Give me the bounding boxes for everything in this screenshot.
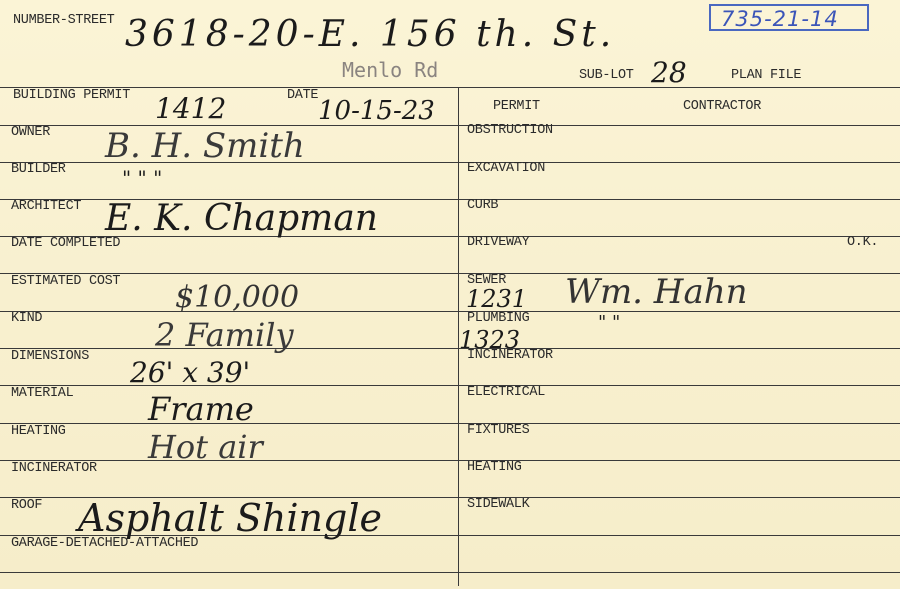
driveway-note: O.K. [847, 235, 878, 250]
kind-value: 2 Family [155, 316, 294, 354]
contractor-column-header: CONTRACTOR [683, 99, 761, 114]
roof-value: Asphalt Shingle [78, 496, 382, 540]
heating-label: HEATING [11, 424, 66, 439]
rule [0, 460, 900, 461]
excavation-label: EXCAVATION [467, 161, 545, 176]
number-street-value: 3618-20-E. 156 th. St. [125, 14, 615, 55]
architect-label: ARCHITECT [11, 199, 81, 214]
owner-value: B. H. Smith [105, 126, 305, 166]
owner-label: OWNER [11, 125, 50, 140]
sidewalk-label: SIDEWALK [467, 497, 529, 512]
building-permit-card: NUMBER-STREET 3618-20-E. 156 th. St. Men… [0, 0, 900, 589]
plumbing-label: PLUMBING [467, 311, 529, 326]
architect-value: E. K. Chapman [105, 198, 378, 239]
rule [0, 572, 900, 573]
builder-value: " " " [122, 166, 162, 190]
sewer-permit: 1231 [466, 285, 527, 313]
fixtures-label: FIXTURES [467, 423, 529, 438]
dimensions-label: DIMENSIONS [11, 349, 89, 364]
driveway-label: DRIVEWAY [467, 235, 529, 250]
garage-label: GARAGE-DETACHED-ATTACHED [11, 536, 198, 551]
date-completed-label: DATE COMPLETED [11, 236, 120, 251]
incinerator-permit-label: INCINERATOR [467, 348, 553, 363]
rule [0, 311, 900, 312]
curb-label: CURB [467, 198, 498, 213]
roof-label: ROOF [11, 498, 42, 513]
permit-column-header: PERMIT [493, 99, 540, 114]
building-permit-value: 1412 [155, 92, 226, 125]
sewer-contractor: Wm. Hahn [565, 272, 748, 312]
kind-label: KIND [11, 311, 42, 326]
rule [0, 87, 900, 88]
number-street-label: NUMBER-STREET [13, 13, 114, 28]
material-value: Frame [148, 390, 254, 428]
heating-value: Hot air [148, 428, 263, 466]
rule [0, 348, 900, 349]
estimated-cost-label: ESTIMATED COST [11, 274, 120, 289]
rule [0, 273, 900, 274]
material-label: MATERIAL [11, 386, 73, 401]
plan-file-label: PLAN FILE [731, 68, 801, 83]
rule [0, 423, 900, 424]
heating-permit-label: HEATING [467, 460, 522, 475]
sub-lot-value: 28 [651, 56, 687, 89]
menlo-rd-stamp: Menlo Rd [342, 58, 438, 82]
estimated-cost-value: $10,000 [175, 280, 299, 315]
builder-label: BUILDER [11, 162, 66, 177]
plumbing-contractor: " " [598, 312, 620, 333]
date-label: DATE [287, 88, 318, 103]
parcel-number-stamp: 735-21-14 [709, 4, 869, 31]
date-value: 10-15-23 [318, 96, 435, 126]
building-permit-label: BUILDING PERMIT [13, 88, 130, 103]
electrical-label: ELECTRICAL [467, 385, 545, 400]
obstruction-label: OBSTRUCTION [467, 123, 553, 138]
sub-lot-label: SUB-LOT [579, 68, 634, 83]
incinerator-label: INCINERATOR [11, 461, 97, 476]
dimensions-value: 26' x 39' [130, 356, 250, 389]
